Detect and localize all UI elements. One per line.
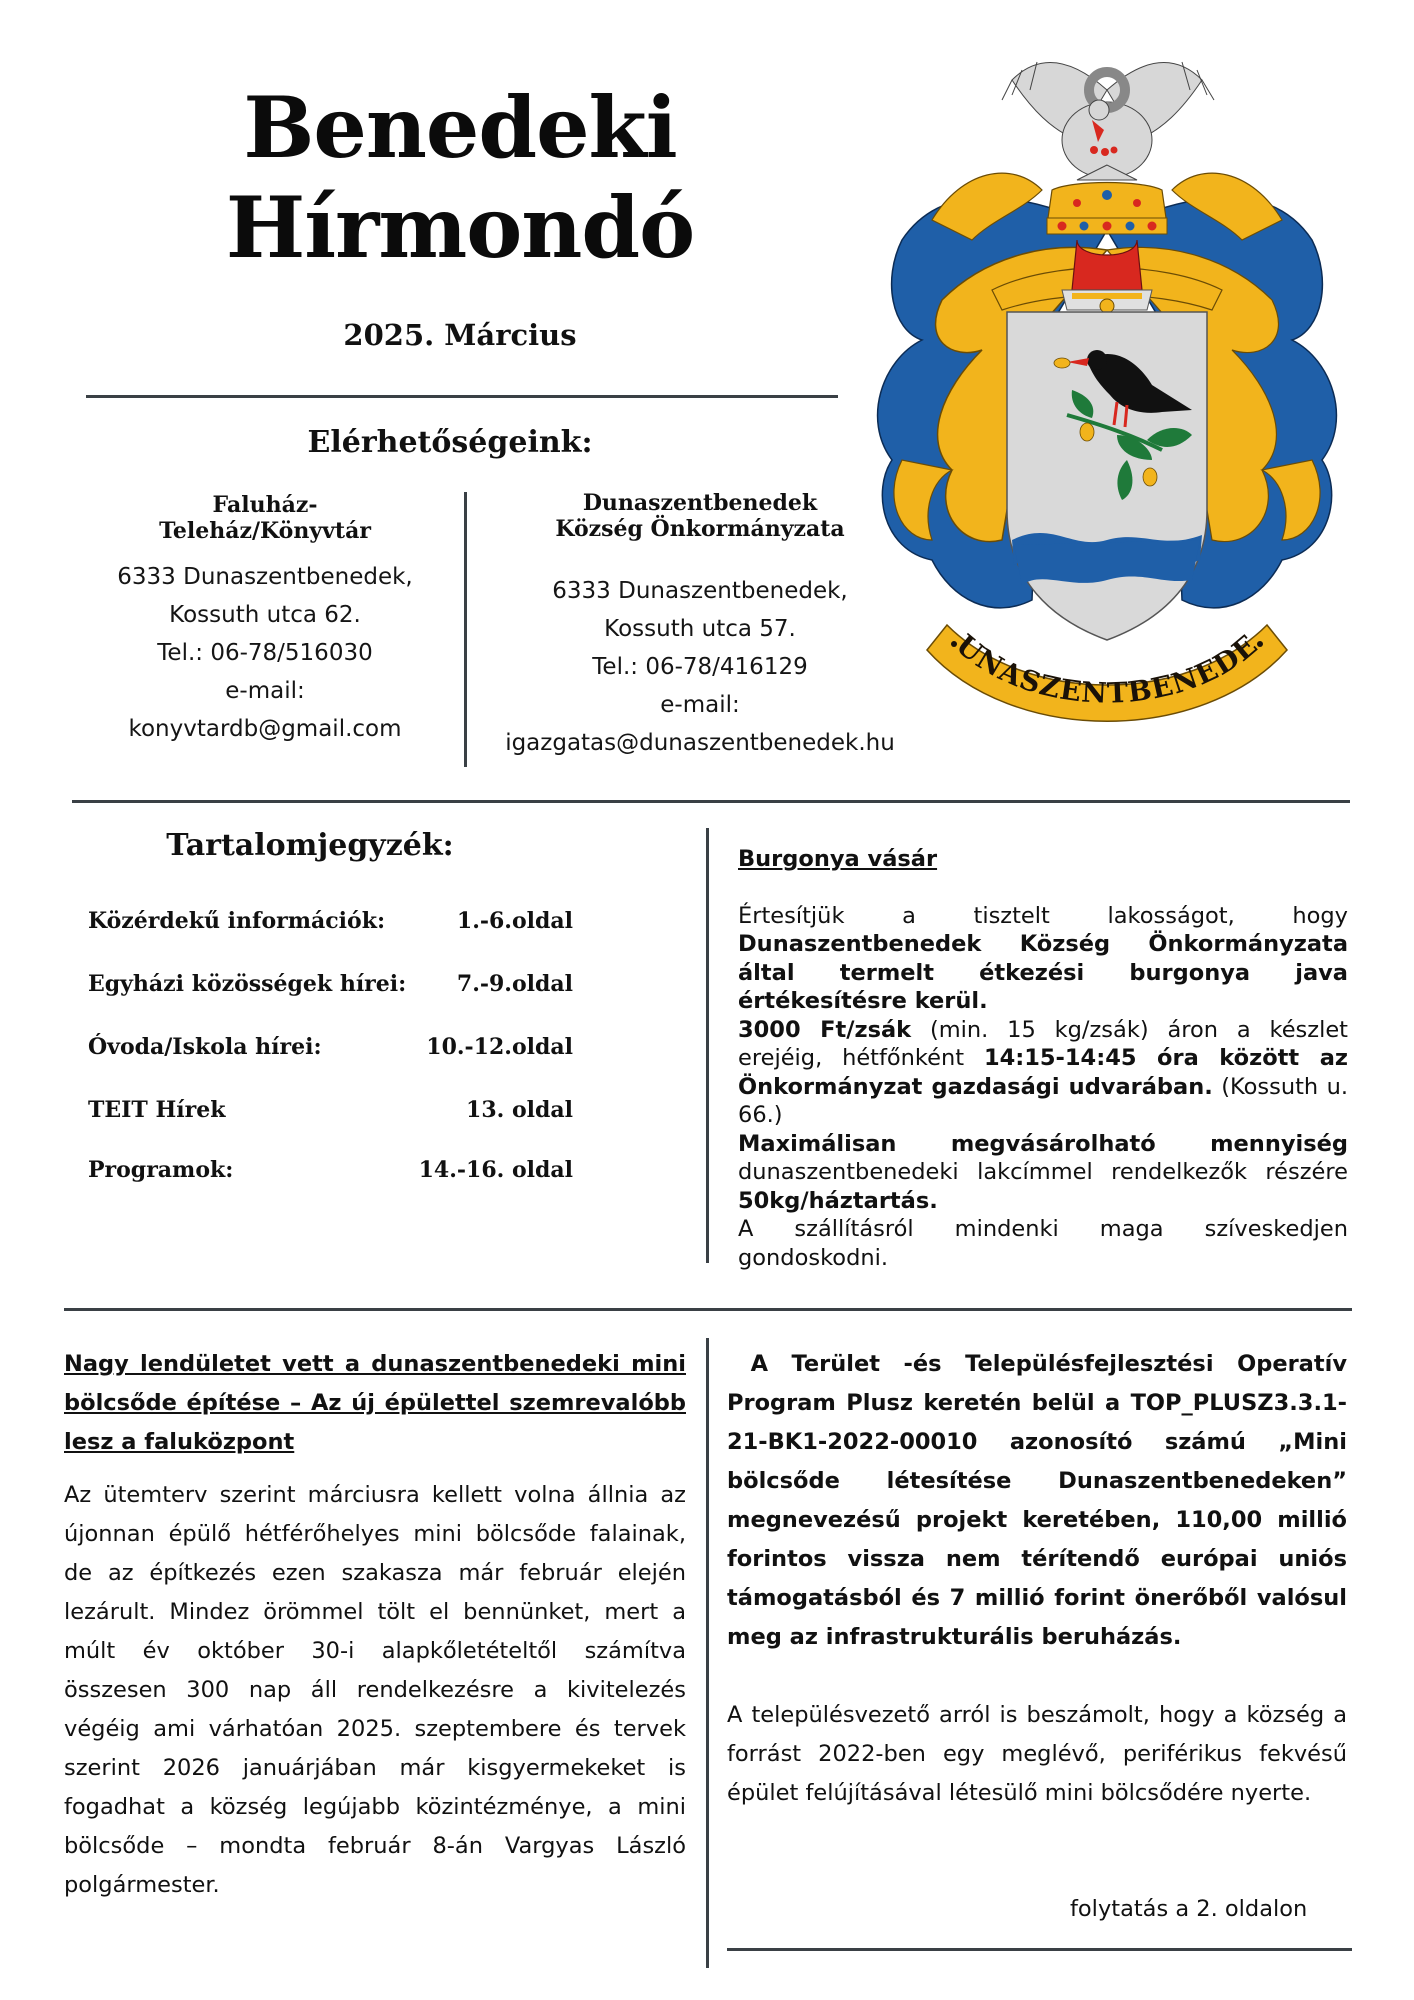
contacts-heading: Elérhetőségeink: [240, 425, 660, 460]
toc-item-pages: 13. oldal [466, 1097, 573, 1123]
contact-library-address-2: Kossuth utca 62. [80, 596, 450, 634]
toc-item-label: Óvoda/Iskola hírei: [88, 1034, 322, 1060]
article-nursery-followup: A településvezető arról is beszámolt, ho… [727, 1696, 1347, 1813]
toc-item-pages: 14.-16. oldal [419, 1157, 573, 1183]
newsletter-title: Benedeki Hírmondó [200, 78, 720, 278]
toc-heading: Tartalomjegyzék: [160, 828, 460, 863]
article-nursery-headline: Nagy lendületet vett a dunaszentbenedeki… [64, 1345, 686, 1462]
divider-bottom [727, 1948, 1352, 1951]
toc-item-label: TEIT Hírek [88, 1097, 225, 1123]
contact-library-address-1: 6333 Dunaszentbenedek, [80, 558, 450, 596]
contacts-separator [464, 492, 467, 767]
title-line-1: Benedeki [200, 78, 720, 178]
title-line-2: Hírmondó [200, 178, 720, 278]
article-nursery: Nagy lendületet vett a dunaszentbenedeki… [64, 1345, 686, 1905]
contact-municipality-email[interactable]: igazgatas@dunaszentbenedek.hu [480, 724, 920, 762]
contact-library-phone: Tel.: 06-78/516030 [80, 634, 450, 672]
contact-municipality-name: Dunaszentbenedek Község Önkormányzata [480, 490, 920, 542]
toc-separator [706, 828, 709, 1263]
toc-item-label: Egyházi közösségek hírei: [88, 971, 406, 997]
article-nursery-body: Az ütemterv szerint márciusra kellett vo… [64, 1476, 686, 1905]
toc-item[interactable]: Programok:14.-16. oldal [88, 1157, 573, 1183]
contact-library-email[interactable]: konyvtardb@gmail.com [80, 710, 450, 748]
coat-of-arms-icon: DUNASZENTBENEDEK [862, 40, 1352, 740]
issue-date: 2025. Március [250, 318, 670, 352]
contact-municipality-address-2: Kossuth utca 57. [480, 610, 920, 648]
contact-municipality: Dunaszentbenedek Község Önkormányzata 63… [480, 490, 920, 762]
article-potato-sale-title: Burgonya vásár [738, 845, 937, 874]
toc-item-label: Közérdekű információk: [88, 908, 385, 934]
nursery-separator [706, 1338, 709, 1968]
toc-item[interactable]: TEIT Hírek13. oldal [88, 1097, 573, 1123]
toc-item-pages: 7.-9.oldal [457, 971, 573, 997]
contact-library-name: Faluház- Teleház/Könyvtár [80, 492, 450, 544]
contact-library: Faluház- Teleház/Könyvtár 6333 Dunaszent… [80, 492, 450, 748]
coat-of-arms: DUNASZENTBENEDEK [862, 40, 1352, 740]
divider-top [86, 395, 838, 398]
article-potato-sale: Burgonya vásár Értesítjük a tisztelt lak… [738, 845, 1348, 1272]
contact-municipality-email-label: e-mail: [480, 686, 920, 724]
toc-item-pages: 10.-12.oldal [426, 1034, 573, 1060]
contact-library-email-label: e-mail: [80, 672, 450, 710]
toc-item[interactable]: Óvoda/Iskola hírei:10.-12.oldal [88, 1034, 573, 1060]
toc-item[interactable]: Egyházi közösségek hírei:7.-9.oldal [88, 971, 573, 997]
divider-contacts [72, 800, 1350, 803]
article-nursery-funding-lead: A Terület -és Településfejlesztési Opera… [727, 1345, 1347, 1657]
toc-item-label: Programok: [88, 1157, 233, 1183]
toc-item[interactable]: Közérdekű információk:1.-6.oldal [88, 908, 573, 934]
contact-municipality-address-1: 6333 Dunaszentbenedek, [480, 572, 920, 610]
article-nursery-funding: A Terület -és Településfejlesztési Opera… [727, 1345, 1347, 1813]
article-potato-sale-body: Értesítjük a tisztelt lakosságot, hogy D… [738, 902, 1348, 1273]
divider-middle [64, 1308, 1352, 1311]
continued-link[interactable]: folytatás a 2. oldalon [1070, 1896, 1307, 1922]
toc-item-pages: 1.-6.oldal [457, 908, 573, 934]
contact-municipality-phone: Tel.: 06-78/416129 [480, 648, 920, 686]
